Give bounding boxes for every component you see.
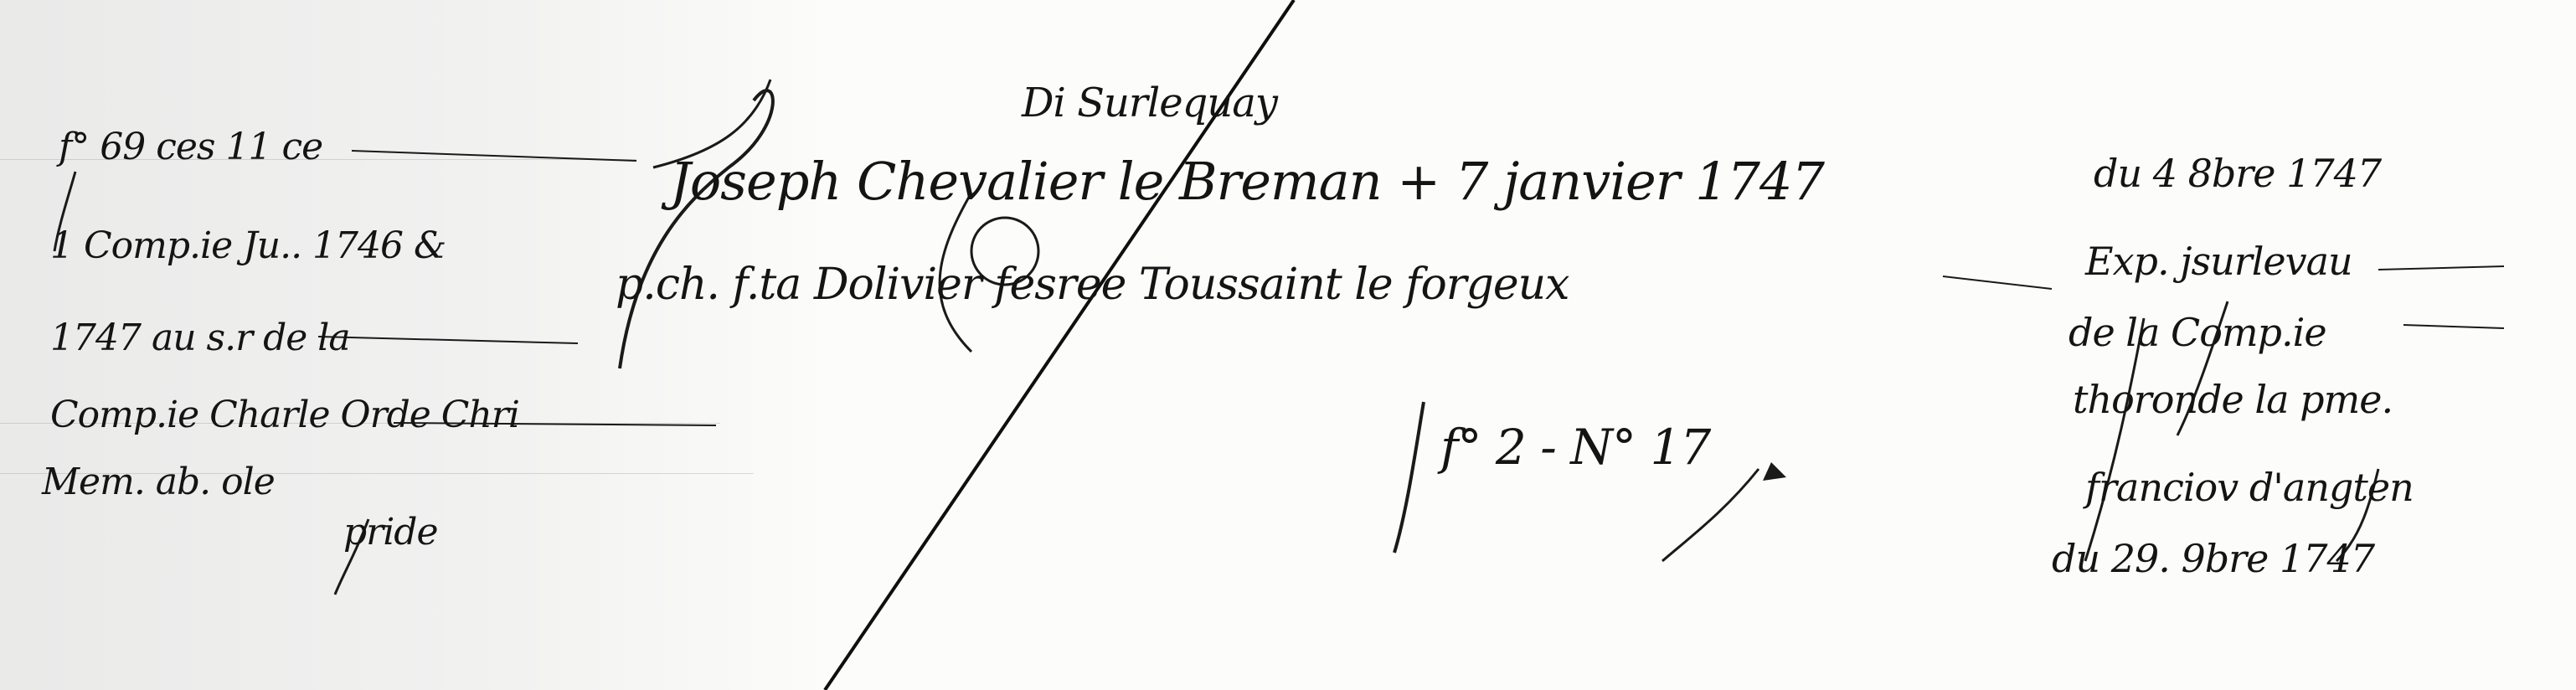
margin-line-3: 1747 au s.r de la	[50, 317, 350, 359]
right-line-1: du 4 8bre 1747	[2094, 151, 2381, 196]
diagonal-cancel-line	[827, 0, 863, 690]
margin-line-2: 1 Comp.ie Ju.. 1746 &	[50, 224, 446, 267]
right-line-6: du 29. 9bre 1747	[2052, 536, 2374, 581]
margin-line-5: Mem. ab. ole	[42, 461, 275, 503]
entry-reference: f° 2 - N° 17	[1440, 419, 1710, 476]
right-line-3: de la Comp.ie	[2069, 310, 2326, 355]
right-line-2: Exp. jsurlevau	[2085, 239, 2352, 284]
margin-line-1: f° 69 ces 11 ce	[59, 126, 322, 168]
entry-line-1: Joseph Chevalier le Breman + 7 janvier 1…	[670, 151, 1824, 212]
margin-line-4: Comp.ie Charle Orde Chri	[50, 394, 519, 436]
margin-line-6: pride	[343, 511, 437, 554]
right-line-5: franciov d'angten	[2085, 465, 2414, 510]
right-line-4: thoronde la pme.	[2073, 377, 2393, 422]
entry-line-2: p.ch. f.ta Dolivier fesree Toussaint le …	[616, 260, 1569, 310]
entry-heading: Di Surlequay	[1022, 80, 1277, 126]
